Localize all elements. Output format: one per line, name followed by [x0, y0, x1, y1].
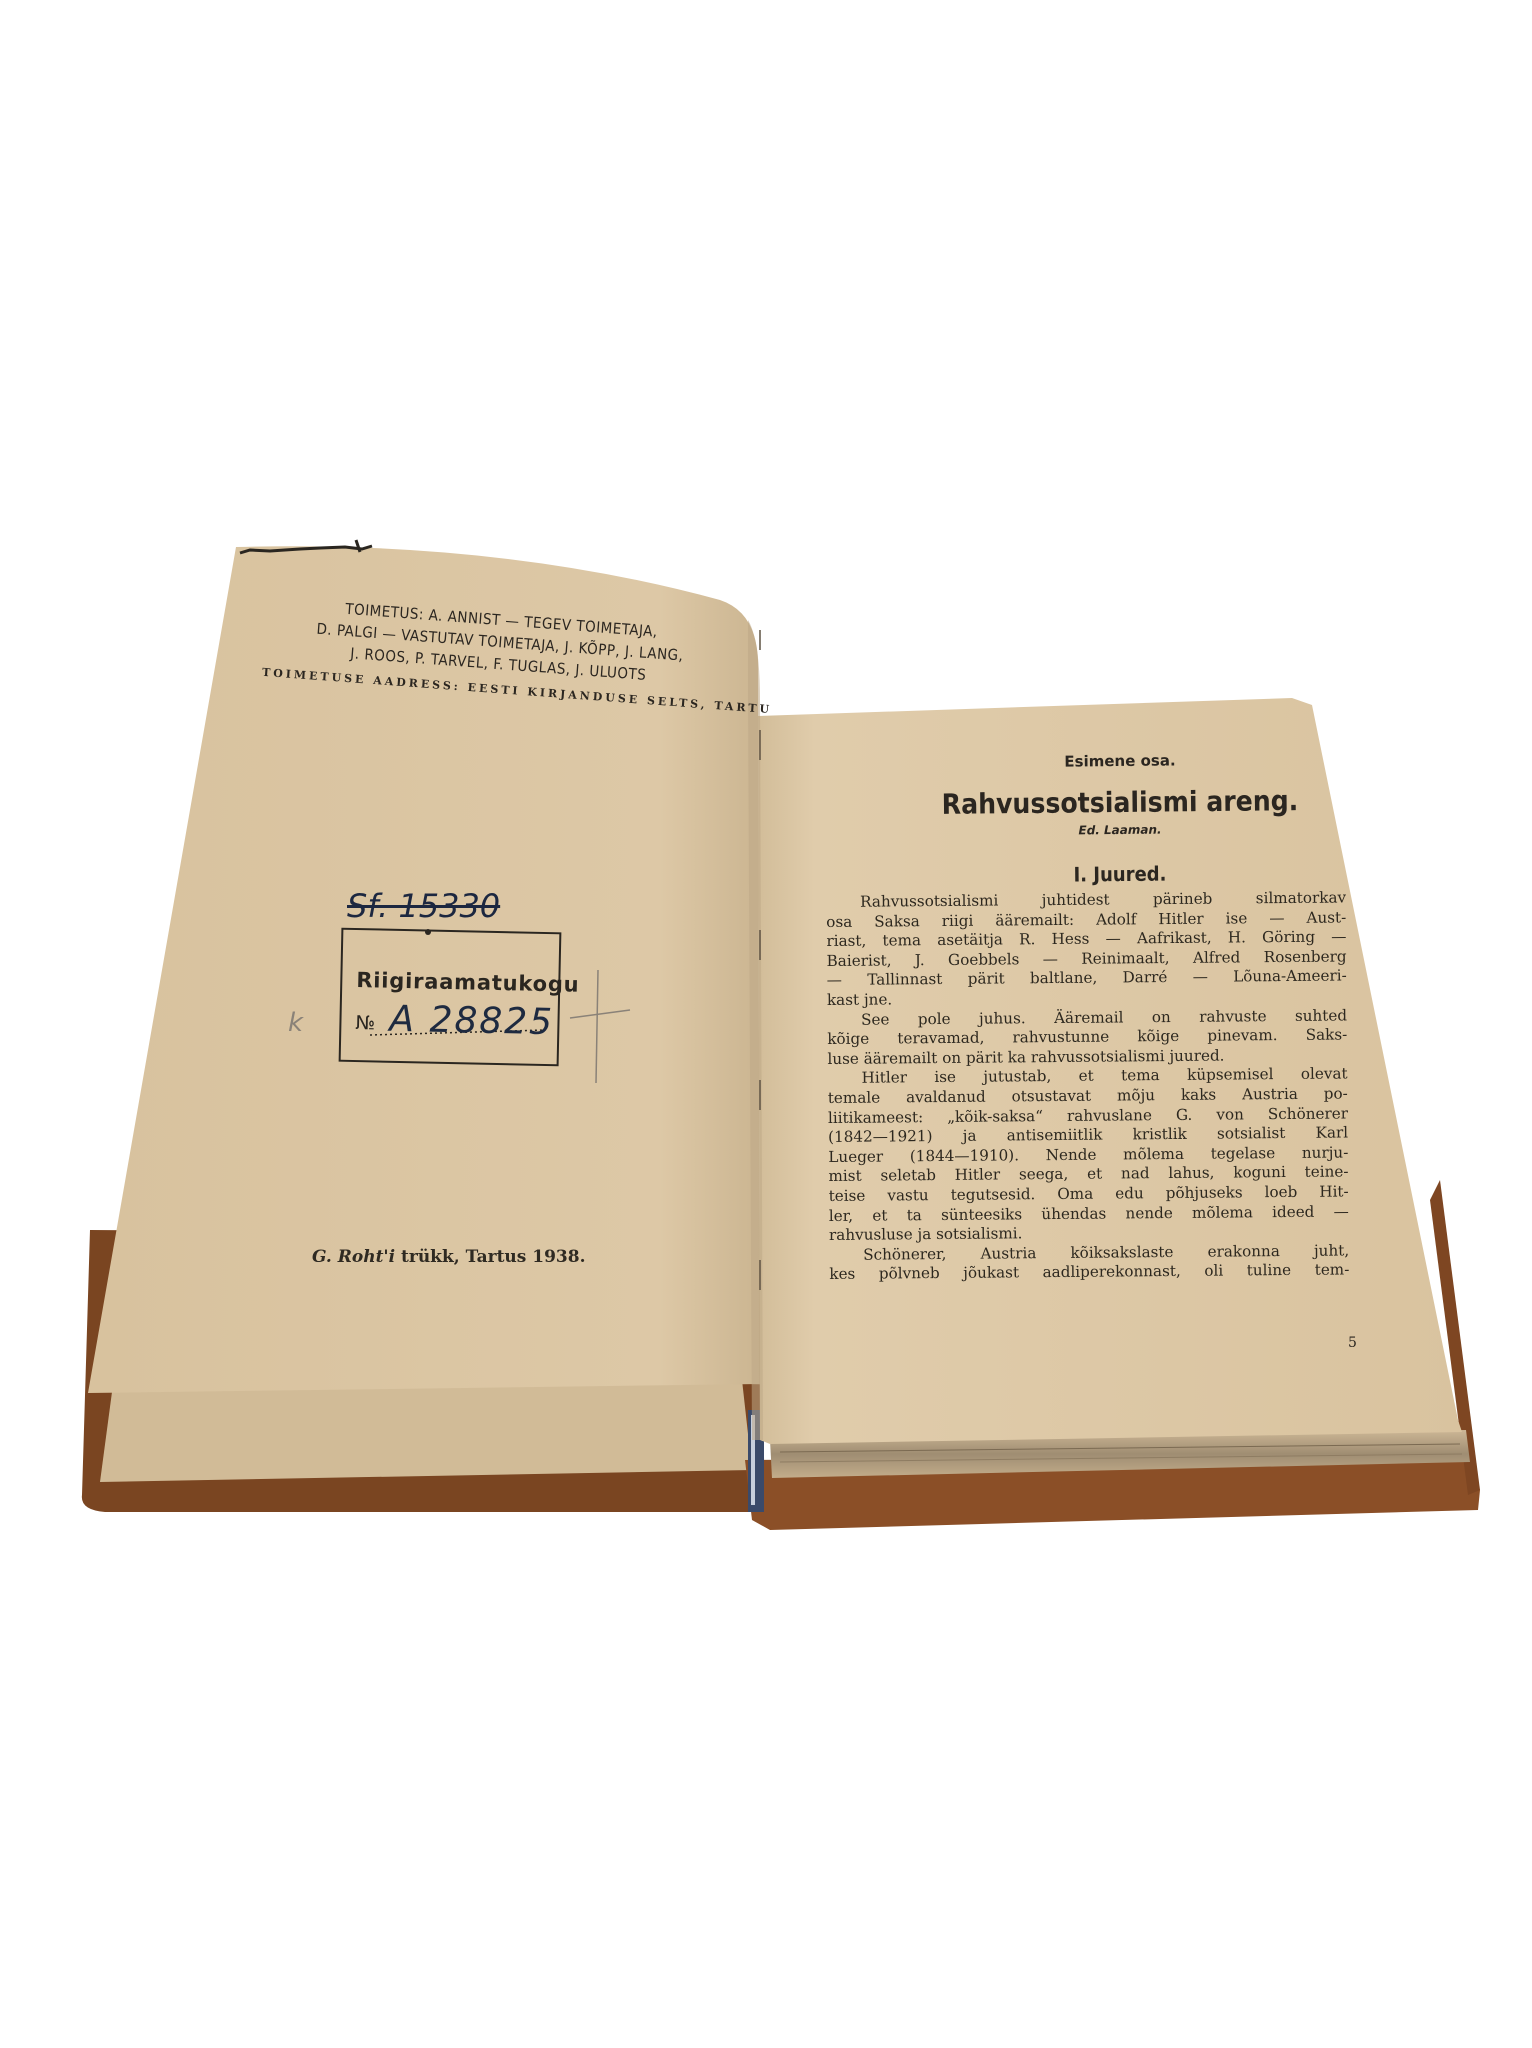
- printer-rest: trükk, Tartus 1938.: [395, 1247, 585, 1267]
- printer-name: G. Roht'i: [312, 1247, 395, 1267]
- library-name: Riigiraamatukogu: [356, 968, 580, 997]
- page-number: 5: [1348, 1335, 1357, 1351]
- number-sign: №: [355, 1012, 375, 1034]
- shelf-mark: Sf. 15330: [347, 887, 500, 925]
- book-photo-scene: TOIMETUS: A. ANNIST — TEGEV TOIMETAJA, D…: [0, 0, 1532, 2048]
- chapter-title: Rahvussotsialismi areng.: [850, 783, 1390, 822]
- pencil-mark: k: [288, 1008, 303, 1038]
- endpaper-left: [100, 1380, 752, 1482]
- printer-imprint: G. Roht'i trükk, Tartus 1938.: [312, 1247, 586, 1267]
- library-stamp: Riigiraamatukogu № A 28825: [339, 928, 562, 1067]
- body-text: Rahvussotsialismi juhtidest pärineb silm…: [826, 888, 1349, 1284]
- accession-number: A 28825: [389, 999, 554, 1043]
